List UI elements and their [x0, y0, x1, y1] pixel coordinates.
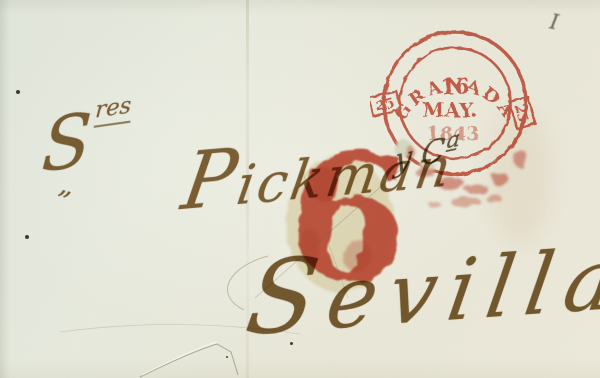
ink-speck: [226, 356, 228, 358]
handwriting-salutation: Sres: [39, 91, 132, 189]
salutation-superscript: res: [94, 92, 132, 128]
datestamp-day: 16: [440, 74, 469, 99]
ink-speck: [25, 235, 29, 239]
ink-speck: [16, 90, 20, 94]
letter-cover-photo: I GRANADA 16 MAY. 1843 25 25: [0, 0, 600, 378]
